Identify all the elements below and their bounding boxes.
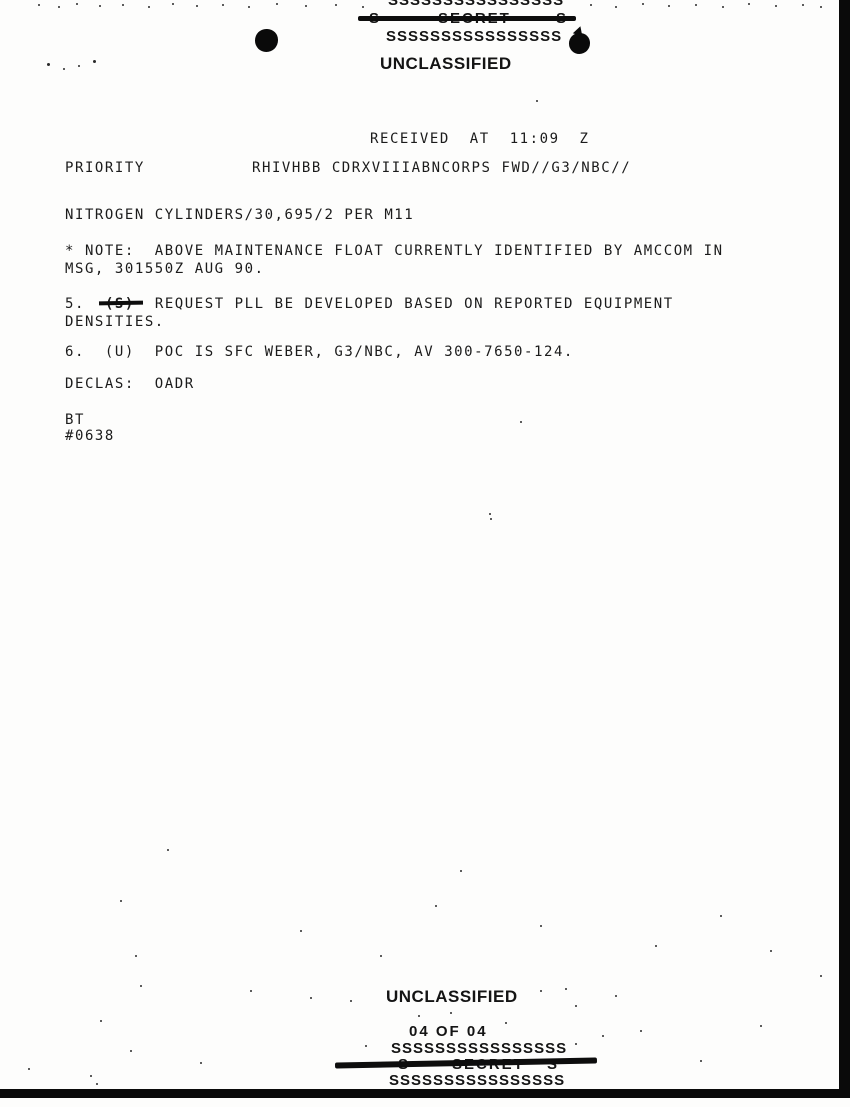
priority-label: PRIORITY [65, 160, 145, 176]
noise-speck [536, 100, 538, 102]
declas-line: DECLAS: OADR [65, 376, 195, 392]
noise-speck [100, 1020, 102, 1022]
top-s-row: SSSSSSSSSSSSSSSS [386, 28, 562, 45]
noise-speck [167, 849, 169, 851]
noise-speck [575, 1005, 577, 1007]
noise-speck [58, 6, 60, 8]
noise-speck [435, 905, 437, 907]
noise-speck [310, 997, 312, 999]
noise-speck [565, 988, 567, 990]
noise-speck [590, 4, 592, 6]
noise-speck [642, 3, 644, 5]
top-secret-strike-line [358, 16, 576, 21]
noise-speck [335, 4, 337, 6]
noise-speck [248, 6, 250, 8]
noise-speck [90, 1075, 92, 1077]
noise-speck [722, 6, 724, 8]
noise-speck [96, 1083, 98, 1085]
scan-edge-bottom [0, 1089, 850, 1098]
top-unclassified-stamp: UNCLASSIFIED [380, 54, 512, 74]
para5-line-2: DENSITIES. [65, 314, 165, 330]
noise-speck [362, 6, 364, 8]
bottom-unclassified-stamp: UNCLASSIFIED [386, 987, 518, 1007]
noise-speck [450, 1012, 452, 1014]
noise-speck [350, 1000, 352, 1002]
noise-speck [540, 990, 542, 992]
ink-blob-right [569, 33, 590, 54]
message-number: #0638 [65, 428, 115, 444]
noise-speck [63, 68, 65, 70]
subject-line: NITROGEN CYLINDERS/30,695/2 PER M11 [65, 207, 414, 223]
noise-speck [775, 5, 777, 7]
noise-speck [575, 1043, 577, 1045]
noise-speck [172, 3, 174, 5]
noise-speck [38, 4, 40, 6]
noise-speck [300, 930, 302, 932]
para5-number: 5. [65, 296, 85, 312]
noise-speck [28, 1068, 30, 1070]
noise-speck [135, 955, 137, 957]
noise-speck [365, 1045, 367, 1047]
page-indicator: 04 OF 04 [409, 1023, 488, 1040]
noise-speck [47, 63, 50, 66]
noise-speck [222, 4, 224, 6]
noise-speck [140, 985, 142, 987]
noise-speck [93, 60, 96, 63]
noise-speck [655, 945, 657, 947]
top-partial-s-row: SSSSSSSSSSSSSSSS [388, 0, 588, 9]
note-line-1: * NOTE: ABOVE MAINTENANCE FLOAT CURRENTL… [65, 243, 724, 259]
noise-speck [250, 990, 252, 992]
note-line-2: MSG, 301550Z AUG 90. [65, 261, 265, 277]
routing-line: RHIVHBB CDRXVIIIABNCORPS FWD//G3/NBC// [252, 160, 631, 176]
noise-speck [668, 5, 670, 7]
received-line: RECEIVED AT 11:09 Z [370, 131, 590, 147]
noise-speck [615, 995, 617, 997]
noise-speck [418, 1015, 420, 1017]
noise-speck [720, 915, 722, 917]
scan-edge-right [839, 0, 850, 1098]
noise-speck [305, 5, 307, 7]
noise-speck [489, 513, 491, 515]
noise-speck [820, 6, 822, 8]
noise-speck [700, 1060, 702, 1062]
noise-speck [770, 950, 772, 952]
noise-speck [122, 4, 124, 6]
noise-speck [99, 5, 101, 7]
noise-speck [802, 4, 804, 6]
noise-speck [460, 870, 462, 872]
noise-speck [200, 1062, 202, 1064]
noise-speck [540, 925, 542, 927]
para5-line-1: 5. (S) REQUEST PLL BE DEVELOPED BASED ON… [65, 296, 674, 312]
noise-speck [520, 421, 522, 423]
bottom-s-row-bottom: SSSSSSSSSSSSSSSS [389, 1072, 565, 1089]
noise-speck [505, 1022, 507, 1024]
noise-speck [640, 1030, 642, 1032]
para6-line: 6. (U) POC IS SFC WEBER, G3/NBC, AV 300-… [65, 344, 574, 360]
noise-speck [748, 3, 750, 5]
bt-line: BT [65, 412, 85, 428]
noise-speck [490, 518, 492, 520]
noise-speck [78, 65, 80, 67]
noise-speck [602, 1035, 604, 1037]
noise-speck [695, 4, 697, 6]
para5-struck-classification: (S) [105, 296, 135, 312]
noise-speck [76, 3, 78, 5]
noise-speck [380, 955, 382, 957]
scanned-message-page: SSSSSSSSSSSSSSSS S SECRET S SSSSSSSSSSSS… [0, 0, 850, 1107]
para5-text: REQUEST PLL BE DEVELOPED BASED ON REPORT… [155, 296, 674, 312]
noise-speck [615, 6, 617, 8]
noise-speck [820, 975, 822, 977]
noise-speck [130, 1050, 132, 1052]
ink-blob-left [255, 29, 278, 52]
bottom-s-row-top: SSSSSSSSSSSSSSSS [391, 1040, 567, 1057]
noise-speck [760, 1025, 762, 1027]
noise-speck [148, 6, 150, 8]
noise-speck [120, 900, 122, 902]
noise-speck [196, 5, 198, 7]
noise-speck [276, 3, 278, 5]
